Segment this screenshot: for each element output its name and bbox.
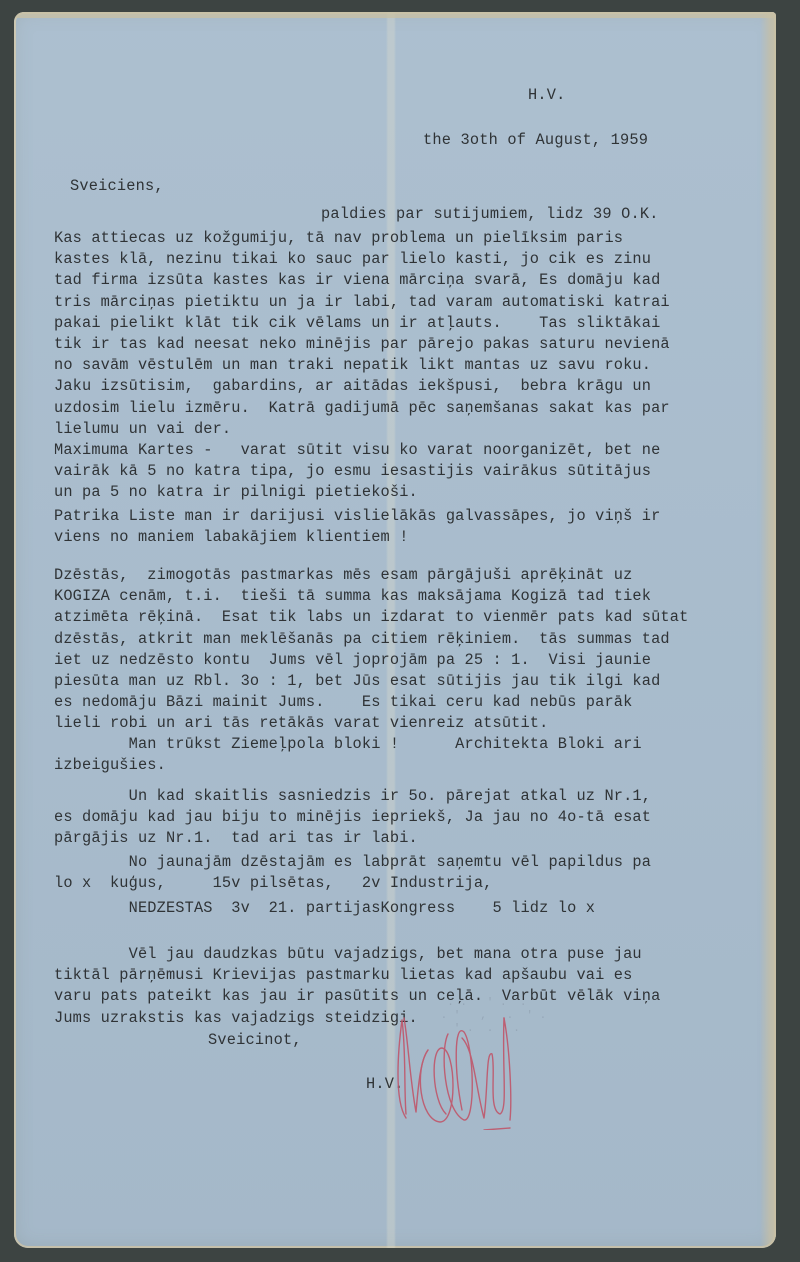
text-line: No jaunajām dzēstajām es labprāt saņemtu… <box>54 852 774 873</box>
text-line: tris mārciņas pietiktu un ja ir labi, ta… <box>54 292 774 313</box>
text-line: NEDZESTAS 3v 21. partijasKongress 5 lidz… <box>54 898 774 919</box>
paragraph-3: Patrika Liste man ir darijusi vislielākā… <box>54 506 774 548</box>
header-initials: H.V. <box>528 85 566 106</box>
paragraph-8: NEDZESTAS 3v 21. partijasKongress 5 lidz… <box>54 898 774 919</box>
text-line: Maximuma Kartes - varat sūtit visu ko va… <box>54 440 774 461</box>
salutation: Sveiciens, <box>70 176 164 197</box>
text-line: un pa 5 no katra ir pilnigi pietiekoši. <box>54 482 774 503</box>
text-line: atzimēta rēķinā. Esat tik labs un izdara… <box>54 607 774 628</box>
text-line: lieli robi un ari tās retākās varat vien… <box>54 713 774 734</box>
text-line: pārgājis uz Nr.1. tad ari tas ir labi. <box>54 828 774 849</box>
text-line: viens no maniem labakājiem klientiem ! <box>54 527 774 548</box>
text-line: varu pats pateikt kas jau ir pasūtits un… <box>54 986 774 1007</box>
text-line: Dzēstās, zimogotās pastmarkas mēs esam p… <box>54 565 774 586</box>
text-line: kastes klā, nezinu tikai ko sauc par lie… <box>54 249 774 270</box>
handwritten-signature <box>384 1010 524 1130</box>
paper-edge-top <box>14 12 776 18</box>
text-line: tiktāl pārņēmusi Krievijas pastmarku lie… <box>54 965 774 986</box>
text-line: tik ir tas kad neesat neko minējis par p… <box>54 334 774 355</box>
text-line: pakai pielikt klāt tik cik vēlams un ir … <box>54 313 774 334</box>
text-line: es nedomāju Bāzi mainit Jums. Es tikai c… <box>54 692 774 713</box>
text-line: uzdosim lielu izmēru. Katrā gadijumā pēc… <box>54 398 774 419</box>
text-line: Jaku izsūtisim, gabardins, ar aitādas ie… <box>54 376 774 397</box>
text-line: Un kad skaitlis sasniedzis ir 5o. pāreja… <box>54 786 774 807</box>
paragraph-2: Maximuma Kartes - varat sūtit visu ko va… <box>54 440 774 504</box>
text-line: dzēstās, atkrit man meklēšanās pa citiem… <box>54 629 774 650</box>
paragraph-5: Man trūkst Ziemeļpola bloki ! Architekta… <box>54 734 774 776</box>
text-line: Patrika Liste man ir darijusi vislielākā… <box>54 506 774 527</box>
closing: Sveicinot, <box>208 1030 302 1051</box>
paragraph-7: No jaunajām dzēstajām es labprāt saņemtu… <box>54 852 774 894</box>
text-line: es domāju kad jau biju to minējis ieprie… <box>54 807 774 828</box>
letter-paper: . . ' . . . ' , . ' . ' . . . H.V. the 3… <box>14 12 776 1248</box>
text-line: KOGIZA cenām, t.i. tieši tā summa kas ma… <box>54 586 774 607</box>
text-line: tad firma izsūta kastes kas ir viena mār… <box>54 270 774 291</box>
paragraph-6: Un kad skaitlis sasniedzis ir 5o. pāreja… <box>54 786 774 850</box>
text-line: vairāk kā 5 no katra tipa, jo esmu iesas… <box>54 461 774 482</box>
text-line: lielumu un vai der. <box>54 419 774 440</box>
text-line: lo x kuģus, 15v pilsētas, 2v Industrija, <box>54 873 774 894</box>
text-line: Kas attiecas uz kožgumiju, tā nav proble… <box>54 228 774 249</box>
opening-line: paldies par sutijumiem, lidz 39 O.K. <box>321 204 659 225</box>
letter-date: the 3oth of August, 1959 <box>423 130 648 151</box>
text-line: no savām vēstulēm un man traki nepatik l… <box>54 355 774 376</box>
text-line: Vēl jau daudzkas būtu vajadzigs, bet man… <box>54 944 774 965</box>
text-line: iet uz nedzēsto kontu Jums vēl joprojām … <box>54 650 774 671</box>
paragraph-1: Kas attiecas uz kožgumiju, tā nav proble… <box>54 228 774 440</box>
text-line: piesūta man uz Rbl. 3o : 1, bet Jūs esat… <box>54 671 774 692</box>
text-line: izbeigušies. <box>54 755 774 776</box>
paragraph-4: Dzēstās, zimogotās pastmarkas mēs esam p… <box>54 565 774 735</box>
scanned-document: . . ' . . . ' , . ' . ' . . . H.V. the 3… <box>0 0 800 1262</box>
text-line: Man trūkst Ziemeļpola bloki ! Architekta… <box>54 734 774 755</box>
